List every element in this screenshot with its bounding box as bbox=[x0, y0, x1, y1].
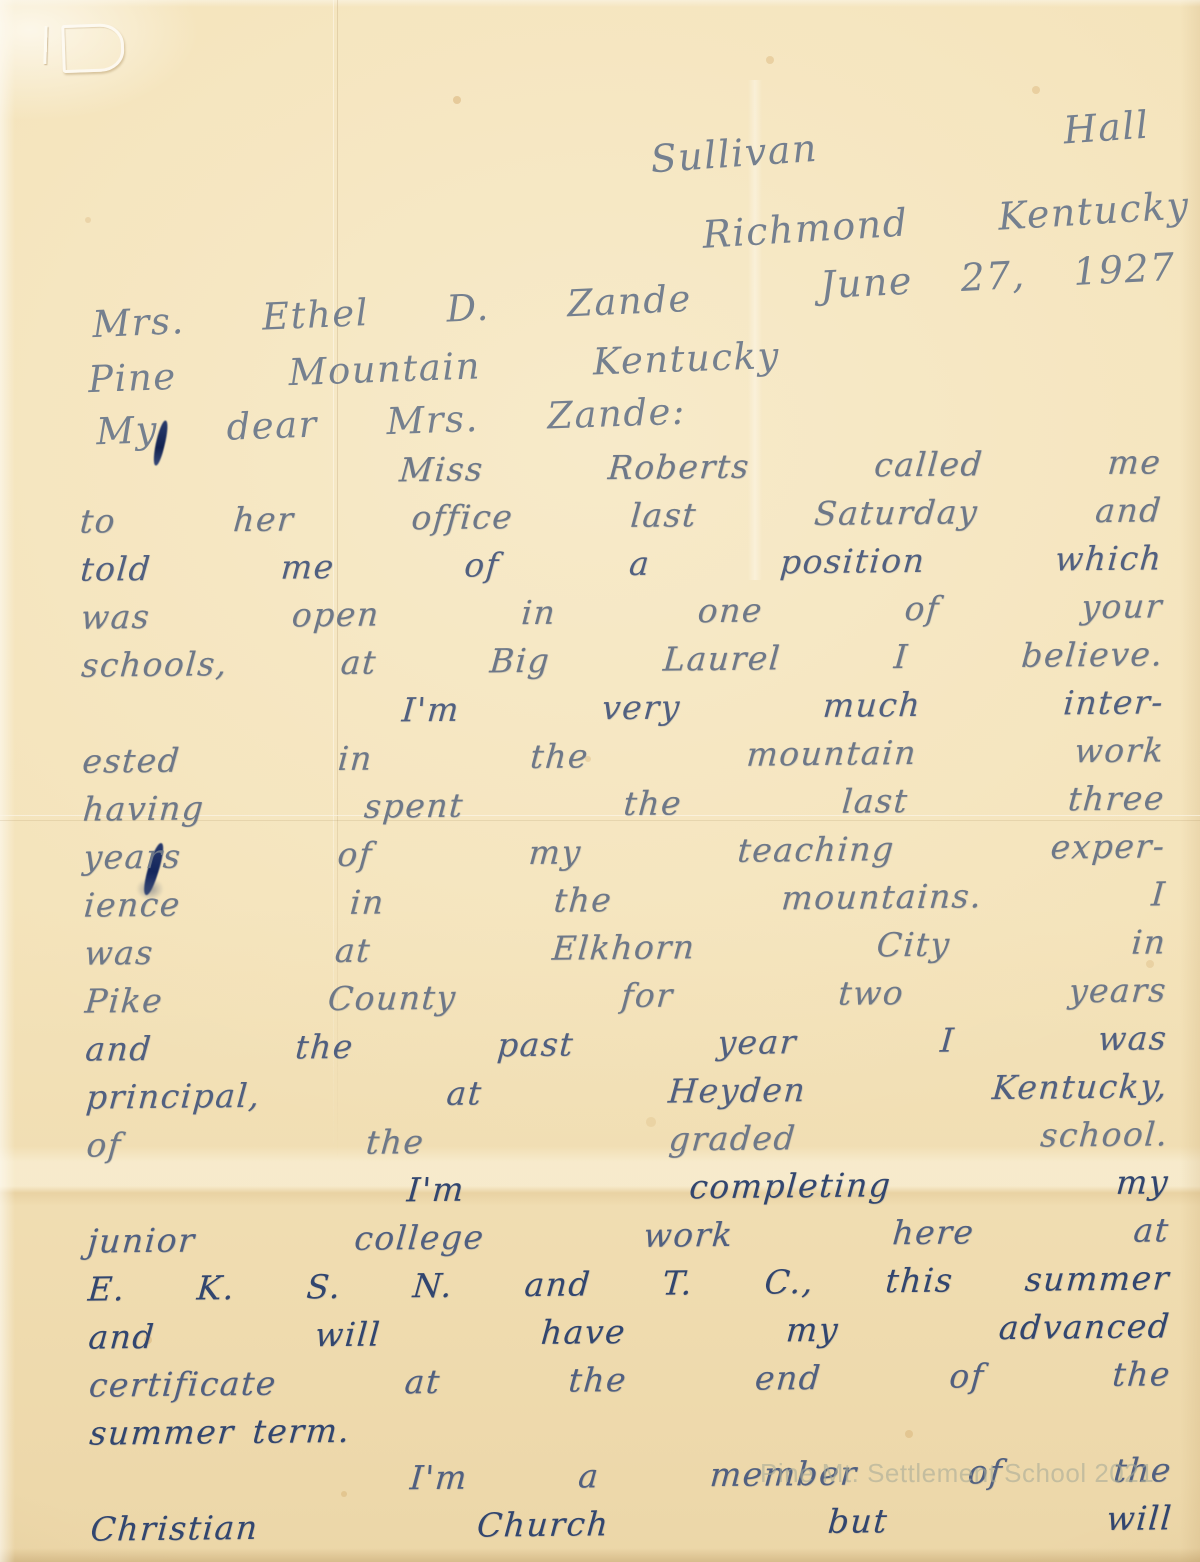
letter-heading-date: June 27, 1927 bbox=[819, 245, 1177, 308]
archive-watermark: Pine Mt. Settlement School 2021 bbox=[760, 1458, 1154, 1489]
letter-heading-place: Sullivan Hall bbox=[649, 103, 1151, 182]
handwritten-letter-scan: Sullivan Hall Richmond Kentucky June 27,… bbox=[0, 0, 1200, 1562]
letter-line: Christian Church but will bbox=[89, 1494, 1175, 1553]
letter-body: Miss Roberts called me to her office las… bbox=[79, 438, 1173, 1553]
recipient-name: Mrs. Ethel D. Zande bbox=[91, 277, 692, 346]
foxing-spots bbox=[0, 0, 4, 4]
letter-heading-city: Richmond Kentucky bbox=[701, 183, 1191, 257]
paperclip-impression bbox=[61, 23, 125, 73]
paperclip-impression-line bbox=[43, 26, 47, 64]
